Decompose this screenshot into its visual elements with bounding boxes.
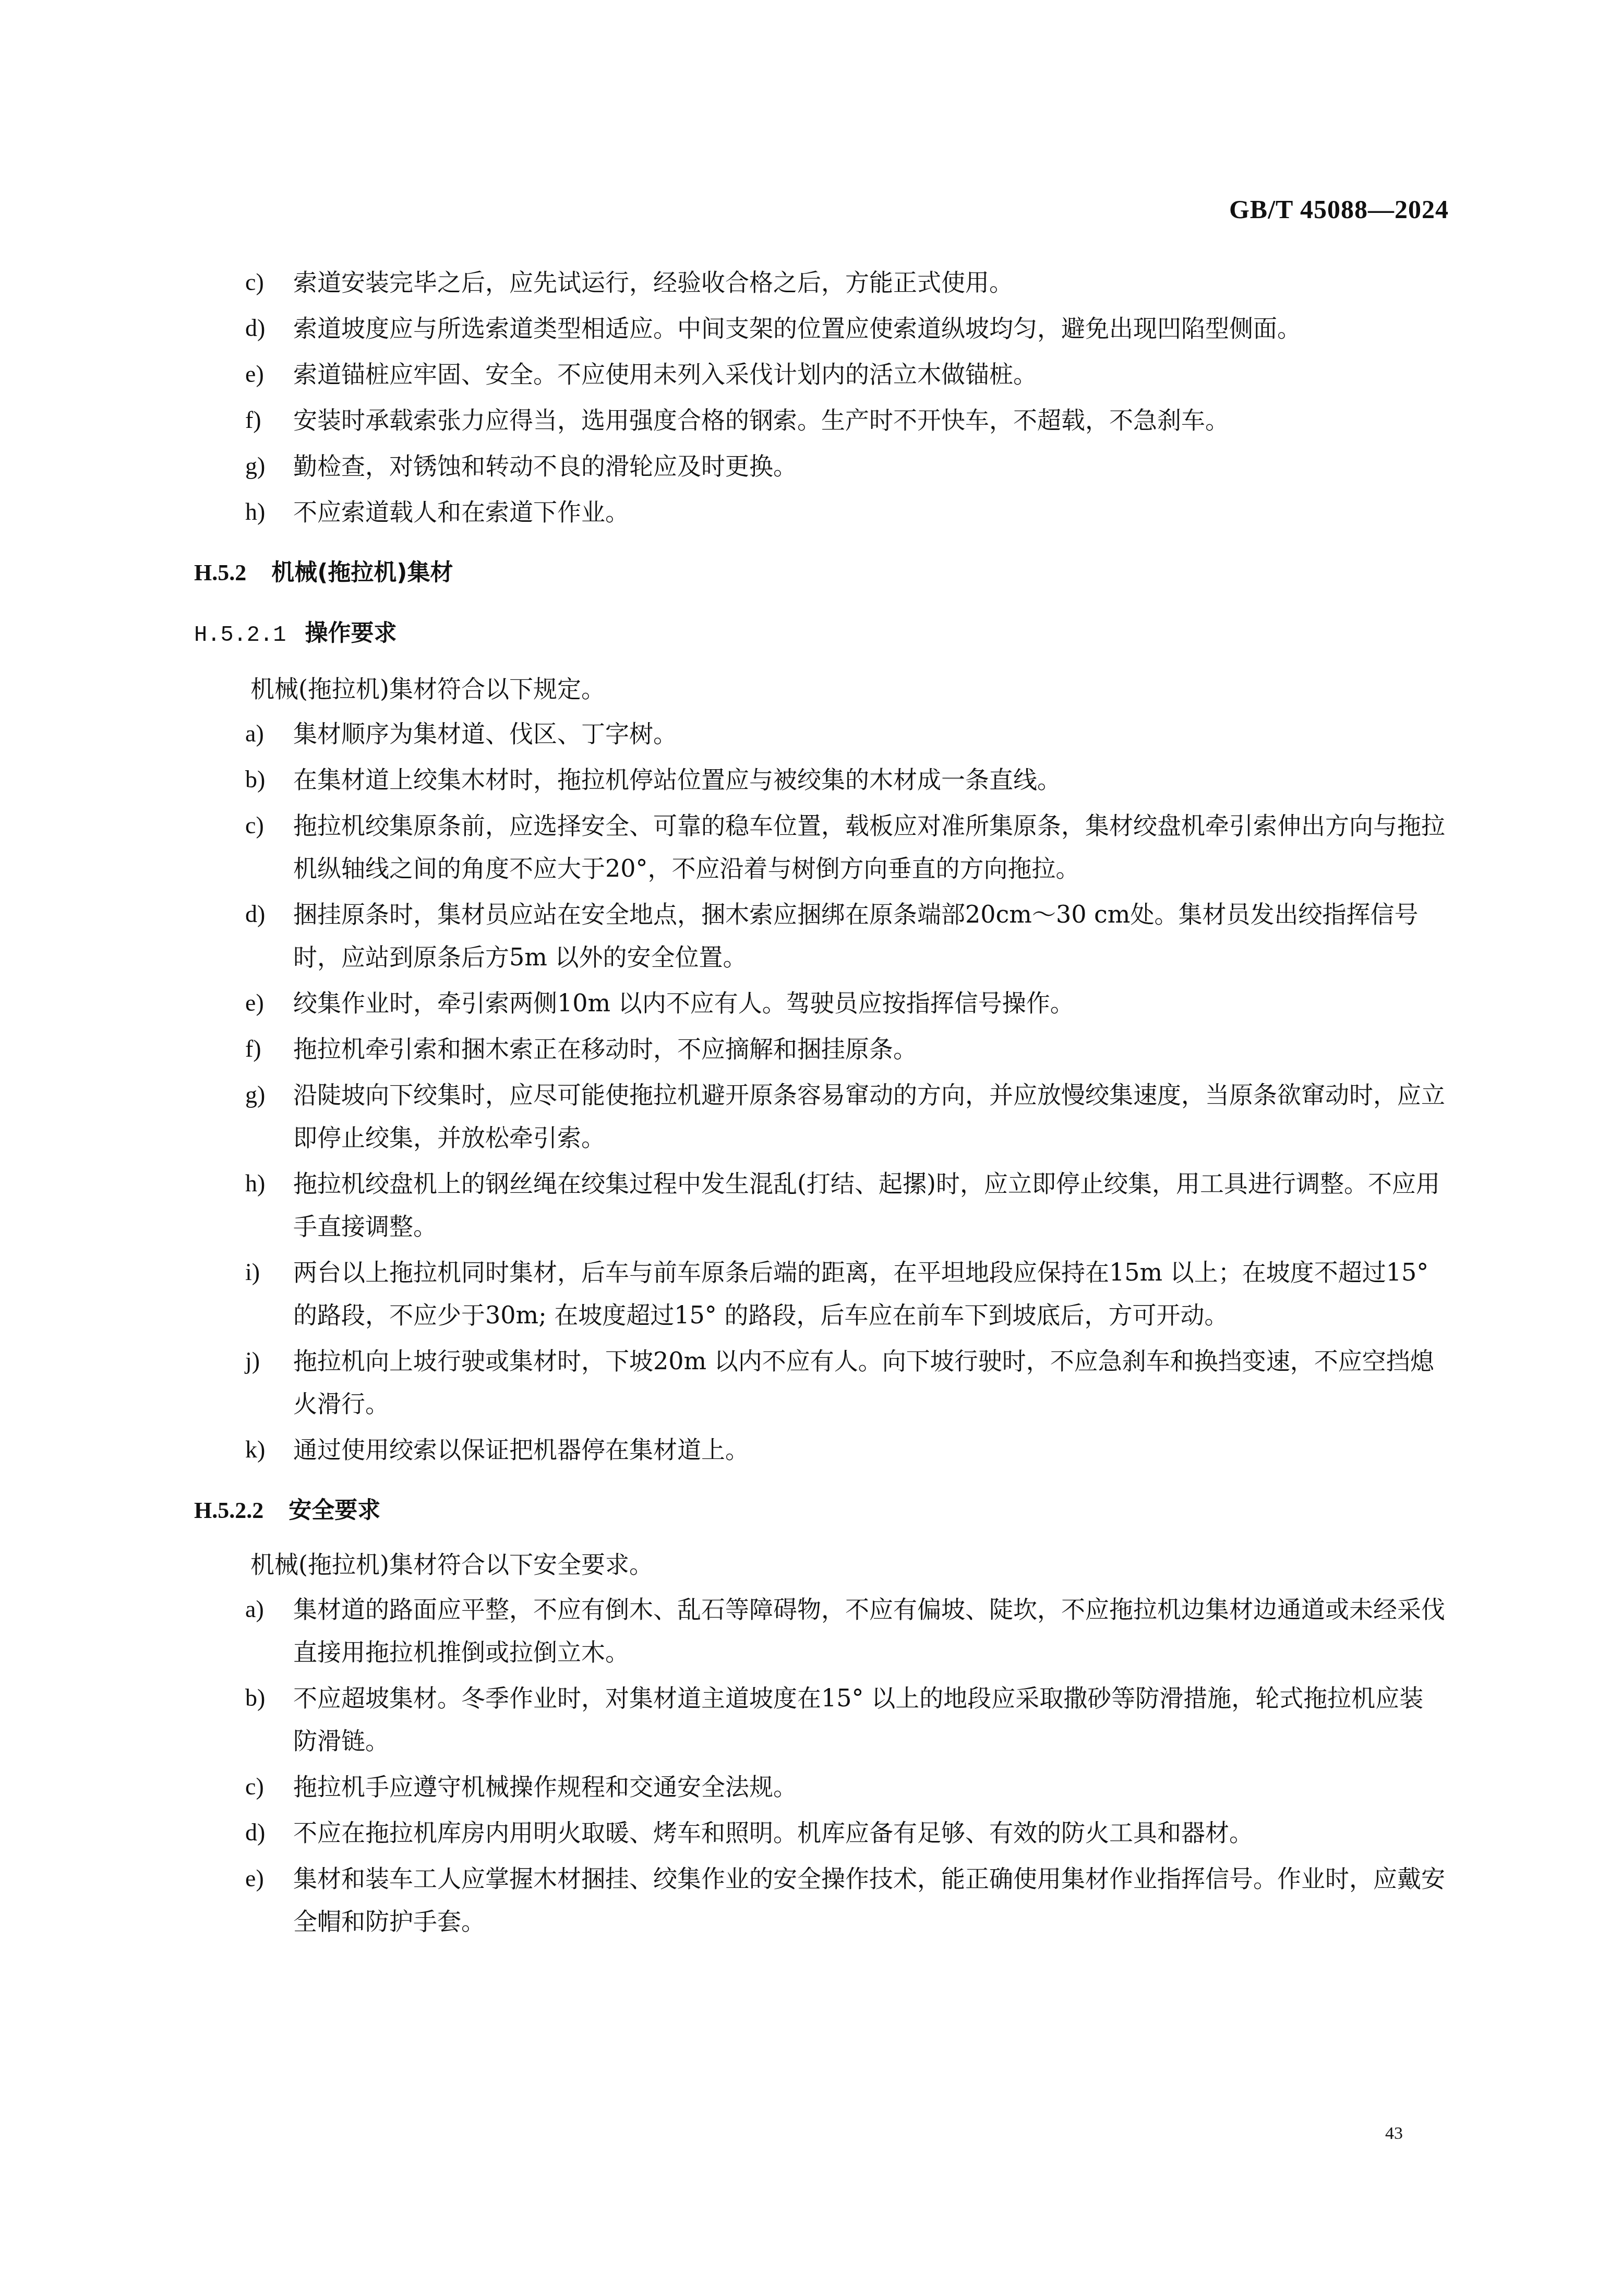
list-item-text: 沿陡坡向下绞集时，应尽可能使拖拉机避开原条容易窜动的方向，并应放慢绞集速度，当原… (262, 1073, 1446, 1159)
list-item: j)拖拉机向上坡行驶或集材时，下坡20m 以内不应有人。向下坡行驶时，不应急刹车… (194, 1340, 1446, 1425)
list-marker: f) (245, 1027, 261, 1070)
list-item: c)拖拉机绞集原条前，应选择安全、可靠的稳车位置，载板应对准所集原条，集材绞盘机… (194, 804, 1446, 890)
list-item: b)在集材道上绞集木材时，拖拉机停站位置应与被绞集的木材成一条直线。 (194, 758, 1446, 801)
list-marker: h) (245, 491, 265, 533)
list-item-text: 拖拉机向上坡行驶或集材时，下坡20m 以内不应有人。向下坡行驶时，不应急刹车和换… (262, 1340, 1446, 1425)
list-item-text: 通过使用绞索以保证把机器停在集材道上。 (262, 1428, 1446, 1471)
section-title: 操作要求 (305, 620, 397, 647)
list-item-text: 索道安装完毕之后，应先试运行，经验收合格之后，方能正式使用。 (262, 261, 1446, 304)
list-item: d)不应在拖拉机库房内用明火取暖、烤车和照明。机库应备有足够、有效的防火工具和器… (194, 1811, 1446, 1854)
list-item-text: 不应索道载人和在索道下作业。 (262, 491, 1446, 533)
section-heading-h521: H.5.2.1操作要求 (194, 613, 1446, 656)
list-marker: f) (245, 399, 261, 441)
list-item-text: 不应在拖拉机库房内用明火取暖、烤车和照明。机库应备有足够、有效的防火工具和器材。 (262, 1811, 1446, 1854)
list-item-text: 拖拉机牵引索和捆木索正在移动时，不应摘解和捆挂原条。 (262, 1027, 1446, 1070)
cableway-requirements-list: c)索道安装完毕之后，应先试运行，经验收合格之后，方能正式使用。 d)索道坡度应… (194, 261, 1446, 533)
list-item: i)两台以上拖拉机同时集材，后车与前车原条后端的距离，在平坦地段应保持在15m … (194, 1251, 1446, 1336)
page-number: 43 (1385, 2124, 1403, 2144)
list-item-text: 不应超坡集材。冬季作业时，对集材道主道坡度在15° 以上的地段应采取撒砂等防滑措… (262, 1677, 1446, 1762)
list-marker: d) (245, 1811, 265, 1854)
list-marker: g) (245, 1073, 265, 1116)
list-marker: a) (245, 1588, 264, 1631)
list-marker: b) (245, 1677, 265, 1719)
list-item: c)索道安装完毕之后，应先试运行，经验收合格之后，方能正式使用。 (194, 261, 1446, 304)
list-item-text: 拖拉机手应遵守机械操作规程和交通安全法规。 (262, 1765, 1446, 1808)
section-intro: 机械(拖拉机)集材符合以下规定。 (194, 667, 1446, 710)
list-item-text: 捆挂原条时，集材员应站在安全地点，捆木索应捆绑在原条端部20cm～30 cm处。… (262, 893, 1446, 978)
list-marker: e) (245, 982, 264, 1024)
list-marker: i) (245, 1251, 260, 1294)
section-number: H.5.2.1 (194, 623, 286, 648)
list-marker: d) (245, 307, 265, 350)
list-item: a)集材道的路面应平整，不应有倒木、乱石等障碍物，不应有偏坡、陡坎，不应拖拉机边… (194, 1588, 1446, 1673)
section-heading-h522: H.5.2.2安全要求 (194, 1490, 1446, 1532)
section-title: 安全要求 (289, 1497, 380, 1524)
list-item-text: 两台以上拖拉机同时集材，后车与前车原条后端的距离，在平坦地段应保持在15m 以上… (262, 1251, 1446, 1336)
document-standard-code: GB/T 45088—2024 (1229, 194, 1449, 224)
list-item-text: 集材顺序为集材道、伐区、丁字树。 (262, 712, 1446, 755)
list-item-text: 勤检查，对锈蚀和转动不良的滑轮应及时更换。 (262, 445, 1446, 487)
page-body: c)索道安装完毕之后，应先试运行，经验收合格之后，方能正式使用。 d)索道坡度应… (194, 261, 1446, 1946)
section-heading-h52: H.5.2机械(拖拉机)集材 (194, 552, 1446, 594)
list-marker: c) (245, 261, 264, 304)
list-marker: c) (245, 1765, 264, 1808)
section-intro: 机械(拖拉机)集材符合以下安全要求。 (194, 1543, 1446, 1586)
list-marker: g) (245, 445, 265, 487)
safety-requirements-list: a)集材道的路面应平整，不应有倒木、乱石等障碍物，不应有偏坡、陡坎，不应拖拉机边… (194, 1588, 1446, 1943)
list-marker: e) (245, 1857, 264, 1900)
section-number: H.5.2.2 (194, 1498, 263, 1523)
section-number: H.5.2 (194, 560, 246, 585)
list-item-text: 拖拉机绞盘机上的钢丝绳在绞集过程中发生混乱(打结、起摞)时，应立即停止绞集，用工… (262, 1162, 1446, 1248)
list-marker: h) (245, 1162, 265, 1205)
list-marker: j) (245, 1340, 260, 1382)
list-item-text: 索道锚桩应牢固、安全。不应使用未列入采伐计划内的活立木做锚桩。 (262, 353, 1446, 396)
list-marker: k) (245, 1428, 265, 1471)
list-item: f)拖拉机牵引索和捆木索正在移动时，不应摘解和捆挂原条。 (194, 1027, 1446, 1070)
list-item: d)捆挂原条时，集材员应站在安全地点，捆木索应捆绑在原条端部20cm～30 cm… (194, 893, 1446, 978)
list-item: d)索道坡度应与所选索道类型相适应。中间支架的位置应使索道纵坡均匀，避免出现凹陷… (194, 307, 1446, 350)
list-marker: a) (245, 712, 264, 755)
list-item: a)集材顺序为集材道、伐区、丁字树。 (194, 712, 1446, 755)
list-item-text: 集材道的路面应平整，不应有倒木、乱石等障碍物，不应有偏坡、陡坎，不应拖拉机边集材… (262, 1588, 1446, 1673)
list-item: g)勤检查，对锈蚀和转动不良的滑轮应及时更换。 (194, 445, 1446, 487)
list-item-text: 安装时承载索张力应得当，选用强度合格的钢索。生产时不开快车，不超载，不急刹车。 (262, 399, 1446, 441)
list-item: b)不应超坡集材。冬季作业时，对集材道主道坡度在15° 以上的地段应采取撒砂等防… (194, 1677, 1446, 1762)
list-item: e)绞集作业时，牵引索两侧10m 以内不应有人。驾驶员应按指挥信号操作。 (194, 982, 1446, 1024)
list-item: e)集材和装车工人应掌握木材捆挂、绞集作业的安全操作技术，能正确使用集材作业指挥… (194, 1857, 1446, 1943)
list-item-text: 索道坡度应与所选索道类型相适应。中间支架的位置应使索道纵坡均匀，避免出现凹陷型侧… (262, 307, 1446, 350)
list-item: e)索道锚桩应牢固、安全。不应使用未列入采伐计划内的活立木做锚桩。 (194, 353, 1446, 396)
list-item: k)通过使用绞索以保证把机器停在集材道上。 (194, 1428, 1446, 1471)
operation-requirements-list: a)集材顺序为集材道、伐区、丁字树。 b)在集材道上绞集木材时，拖拉机停站位置应… (194, 712, 1446, 1471)
list-item: f)安装时承载索张力应得当，选用强度合格的钢索。生产时不开快车，不超载，不急刹车… (194, 399, 1446, 441)
list-item: h)拖拉机绞盘机上的钢丝绳在绞集过程中发生混乱(打结、起摞)时，应立即停止绞集，… (194, 1162, 1446, 1248)
list-item: c)拖拉机手应遵守机械操作规程和交通安全法规。 (194, 1765, 1446, 1808)
list-item-text: 绞集作业时，牵引索两侧10m 以内不应有人。驾驶员应按指挥信号操作。 (262, 982, 1446, 1024)
list-item-text: 集材和装车工人应掌握木材捆挂、绞集作业的安全操作技术，能正确使用集材作业指挥信号… (262, 1857, 1446, 1943)
list-item-text: 在集材道上绞集木材时，拖拉机停站位置应与被绞集的木材成一条直线。 (262, 758, 1446, 801)
section-title: 机械(拖拉机)集材 (271, 559, 453, 586)
list-item: h)不应索道载人和在索道下作业。 (194, 491, 1446, 533)
list-item-text: 拖拉机绞集原条前，应选择安全、可靠的稳车位置，载板应对准所集原条，集材绞盘机牵引… (262, 804, 1446, 890)
list-marker: b) (245, 758, 265, 801)
list-marker: d) (245, 893, 265, 936)
list-item: g)沿陡坡向下绞集时，应尽可能使拖拉机避开原条容易窜动的方向，并应放慢绞集速度，… (194, 1073, 1446, 1159)
list-marker: e) (245, 353, 264, 396)
list-marker: c) (245, 804, 264, 847)
